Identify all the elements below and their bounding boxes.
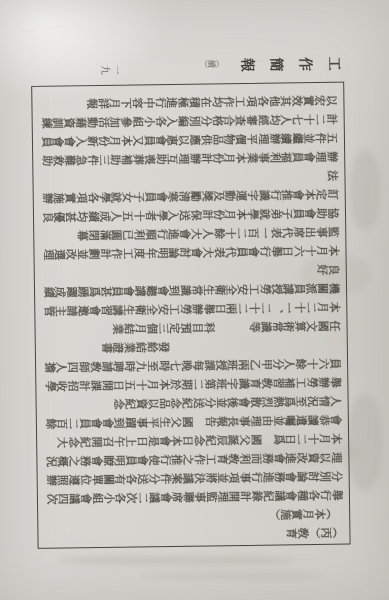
page-number: 一九 bbox=[99, 61, 122, 75]
text-frame-border: （丙）敎育 （本月實施）舉行各種會議紀錄計開理監事聯席會議二次各小組會議四次分別… bbox=[31, 82, 350, 549]
journal-title-text: 工作簡報 bbox=[226, 55, 342, 72]
journal-title-suffix: （續） bbox=[200, 59, 224, 68]
scanned-document-page: ···· ········· 工作簡報（續） 一九 （丙）敎育 （本月實施）舉行… bbox=[0, 0, 389, 600]
text-columns: （丙）敎育 （本月實施）舉行各種會議紀錄計開理監事聯席會議二次各小組會議四次分別… bbox=[35, 87, 346, 544]
journal-title: 工作簡報（續） bbox=[222, 52, 342, 74]
page-surface: 工作簡報（續） 一九 （丙）敎育 （本月實施）舉行各種會議紀錄計開理監事聯席會議… bbox=[0, 0, 389, 600]
